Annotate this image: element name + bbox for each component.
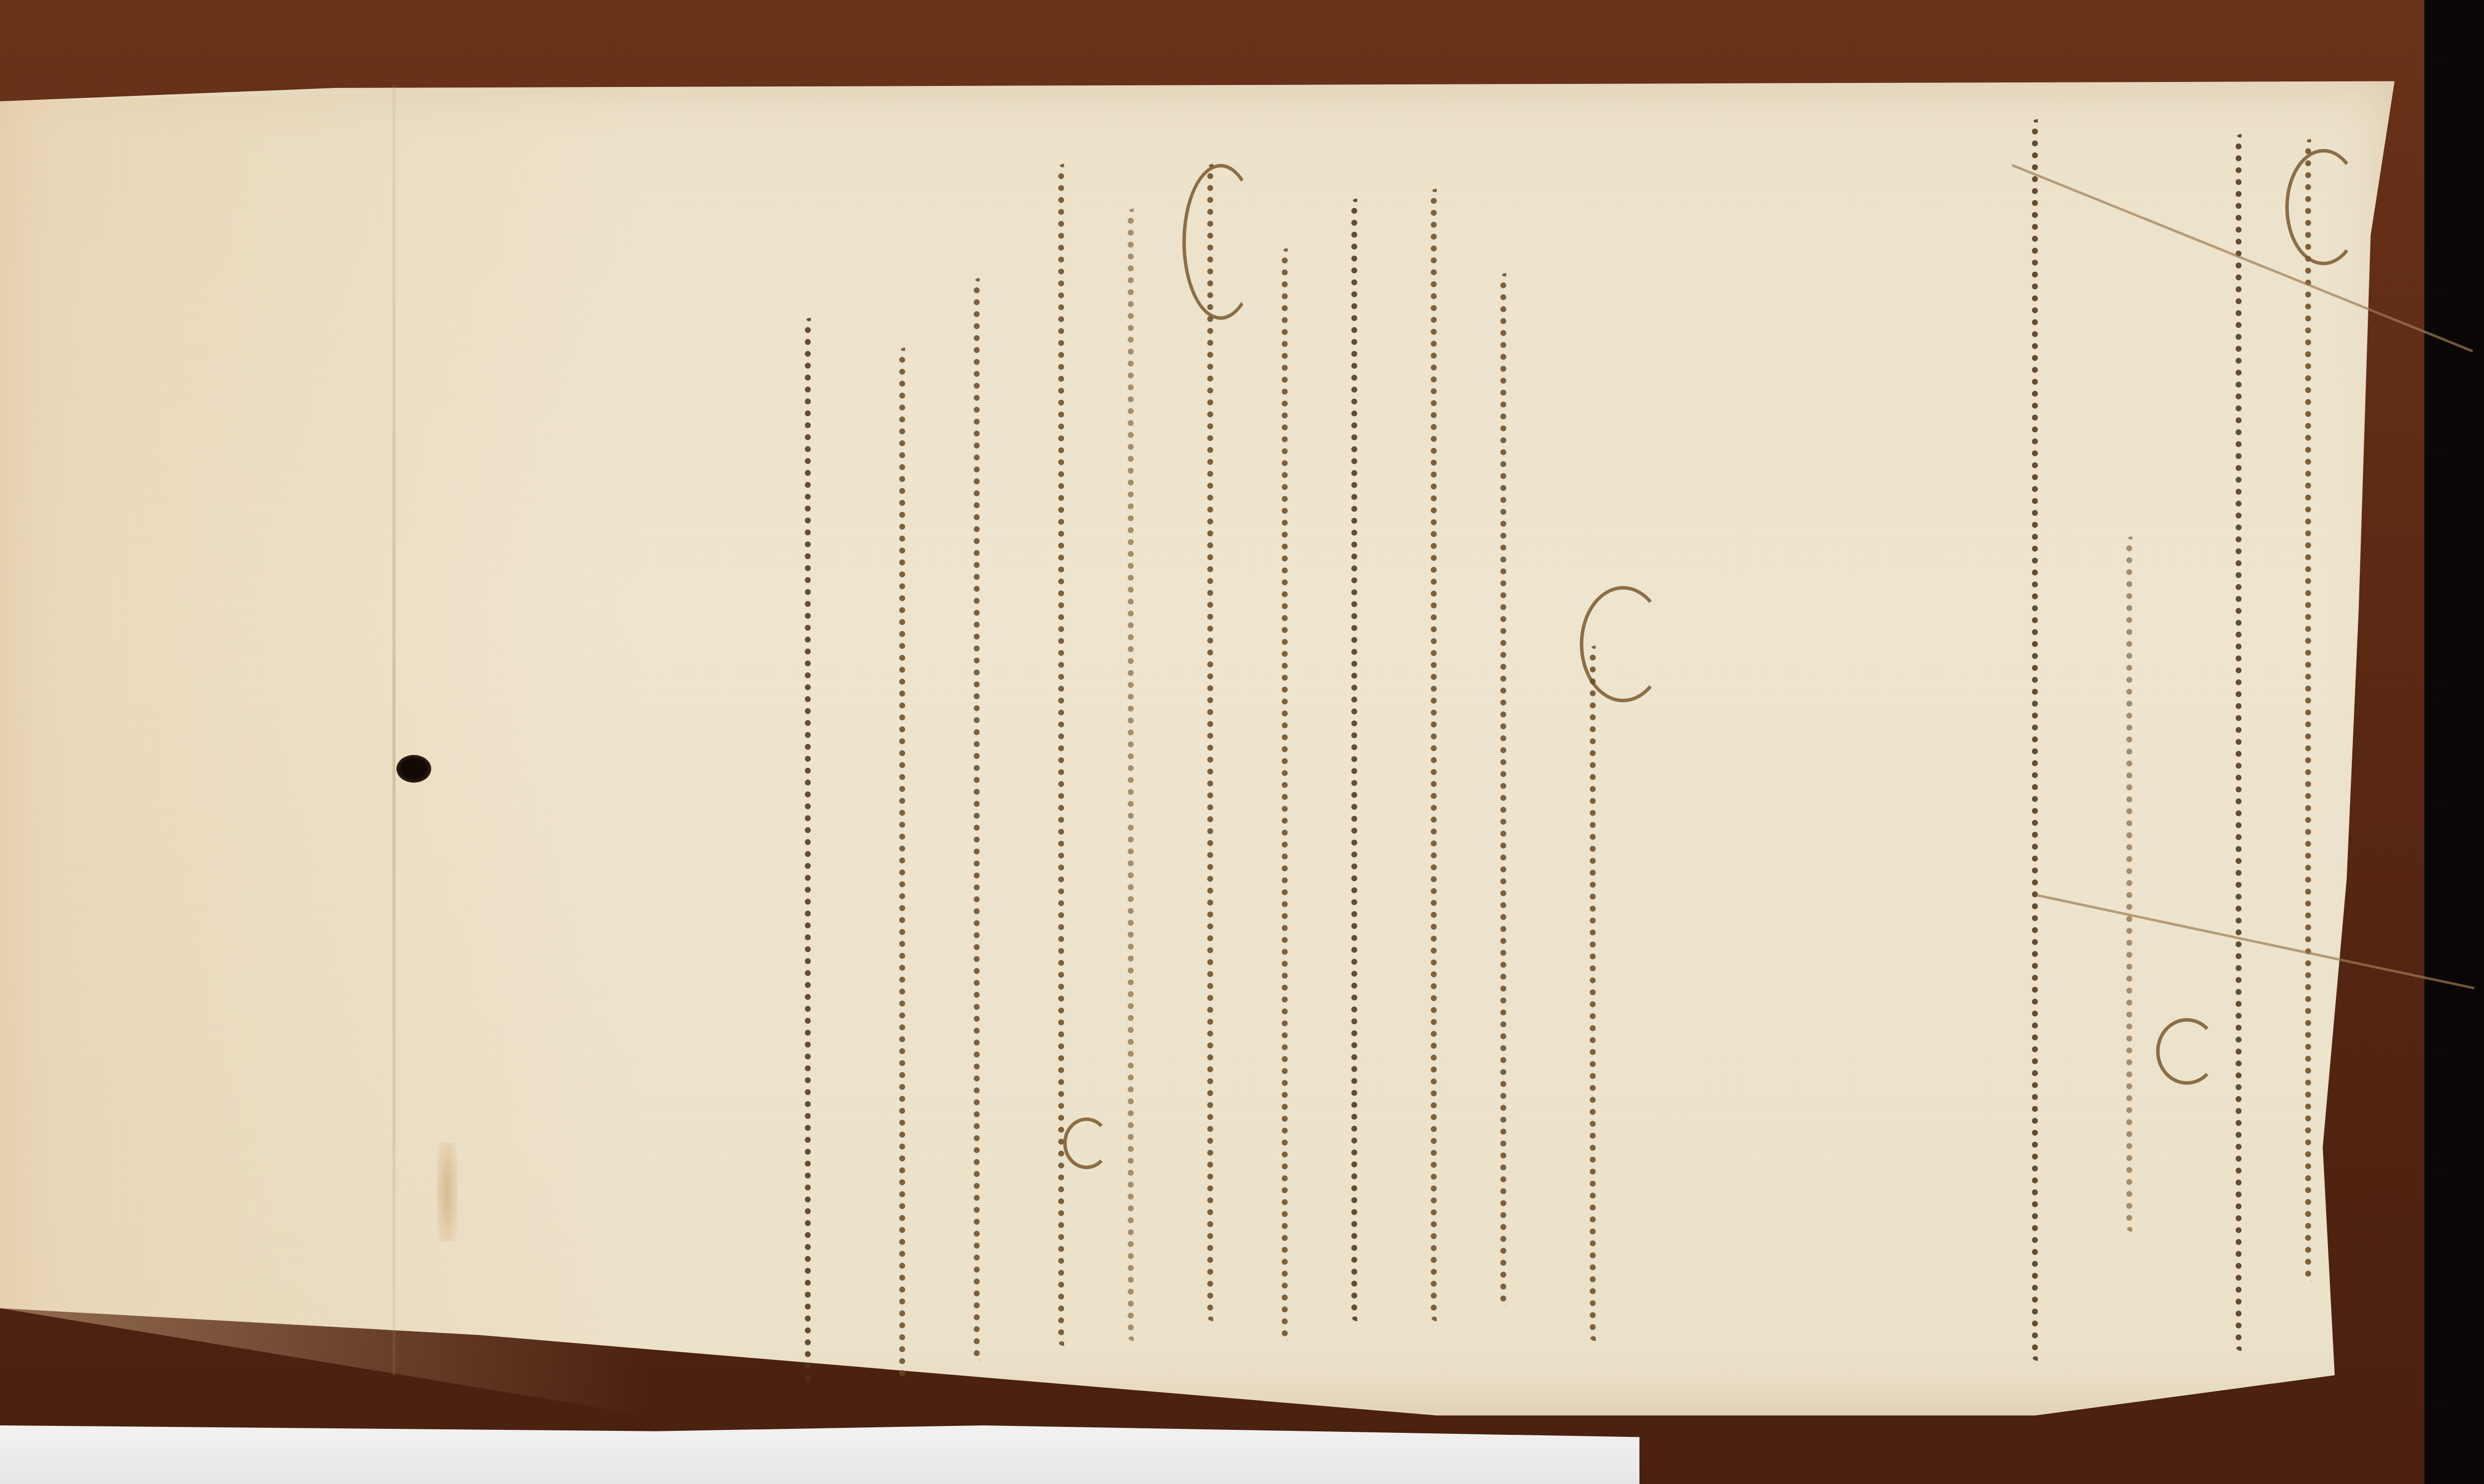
body-line-9 [974,278,997,1361]
body-line-1 [1590,646,1613,1341]
body-line-3 [1431,189,1454,1321]
dark-background-area [2424,0,2484,1484]
header-line-3 [2126,536,2149,1232]
binding-hole [396,755,431,783]
body-line-6 [1207,164,1230,1321]
body-circled-mark [1063,1117,1110,1169]
body-line-8 [1058,164,1081,1346]
body-line-10 [899,348,922,1381]
header-flourish-2 [2156,1018,2218,1085]
header-flourish [2285,149,2362,265]
body-line-4 [1351,199,1374,1321]
fold-line [392,84,395,1376]
body-flourish-bracket [1182,164,1259,320]
paper-stain [437,1142,457,1242]
header-line-4 [2032,119,2055,1361]
paper-tint [0,74,646,1415]
header-line-1 [2305,139,2328,1281]
body-line-5 [1282,248,1305,1341]
body-line-7 [1128,209,1151,1341]
body-line-11 [805,318,828,1386]
white-sheet-underneath [0,1425,1639,1484]
header-line-2 [2236,134,2258,1351]
body-line-2 [1500,273,1523,1306]
